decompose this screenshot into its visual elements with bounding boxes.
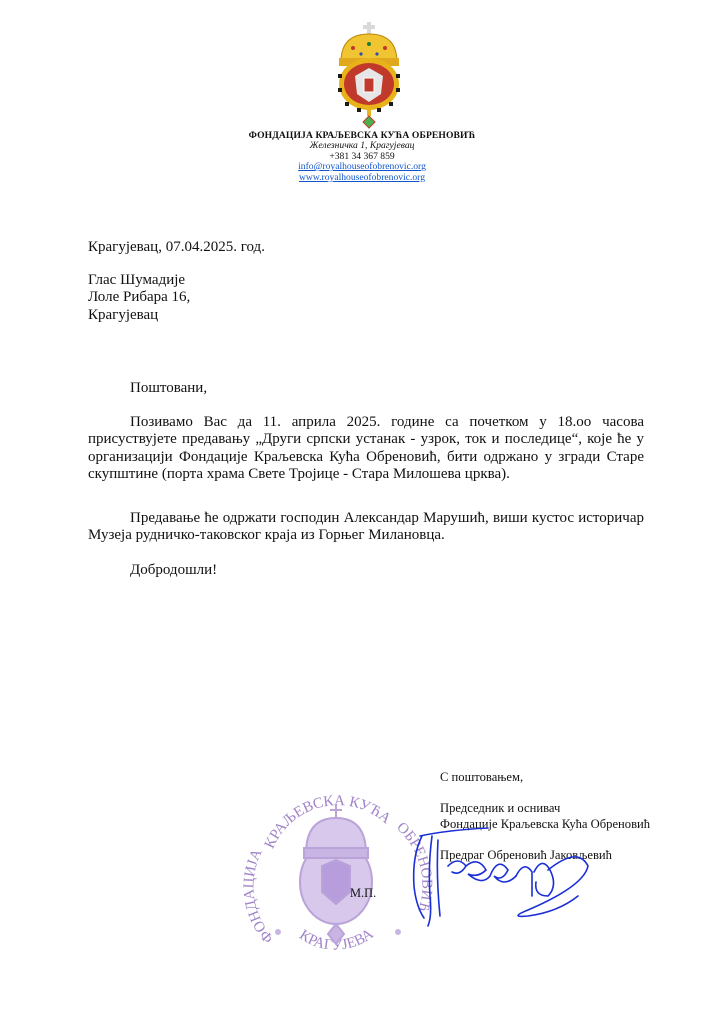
email-link[interactable]: info@royalhouseofobrenovic.org <box>298 161 426 172</box>
recipient-block: Глас Шумадије Лоле Рибара 16, Крагујевац <box>88 272 190 324</box>
recipient-city: Крагујевац <box>88 307 190 324</box>
paragraph-invitation: Позивамо Вас да 11. априла 2025. године … <box>88 414 644 484</box>
date-line: Крагујевац, 07.04.2025. год. <box>88 239 265 256</box>
royal-coat-of-arms-icon <box>327 22 411 130</box>
seal-label: М.П. <box>350 886 376 901</box>
recipient-name: Глас Шумадије <box>88 272 190 289</box>
svg-text:ФОНДАЦИЈА: ФОНДАЦИЈА <box>241 846 277 945</box>
signer-title-line1: Председник и оснивач <box>440 801 650 817</box>
paragraph-welcome: Добродошли! <box>130 562 217 579</box>
handwritten-signature-icon <box>408 826 608 934</box>
closing-greeting: С поштовањем, <box>440 770 523 786</box>
salutation: Поштовани, <box>130 380 207 397</box>
recipient-street: Лоле Рибара 16, <box>88 289 190 306</box>
letterhead: ФОНДАЦИЈА КРАЉЕВСКА КУЋА ОБРЕНОВИЋ Желез… <box>0 131 724 183</box>
paragraph-lecturer: Предавање ће одржати господин Александар… <box>88 510 644 545</box>
foundation-stamp-icon: КРАЉЕВСКА КУЋА ФОНДАЦИЈА ОБРЕНОВИЋ КРАГУ… <box>238 782 434 978</box>
website-link[interactable]: www.royalhouseofobrenovic.org <box>299 172 425 183</box>
